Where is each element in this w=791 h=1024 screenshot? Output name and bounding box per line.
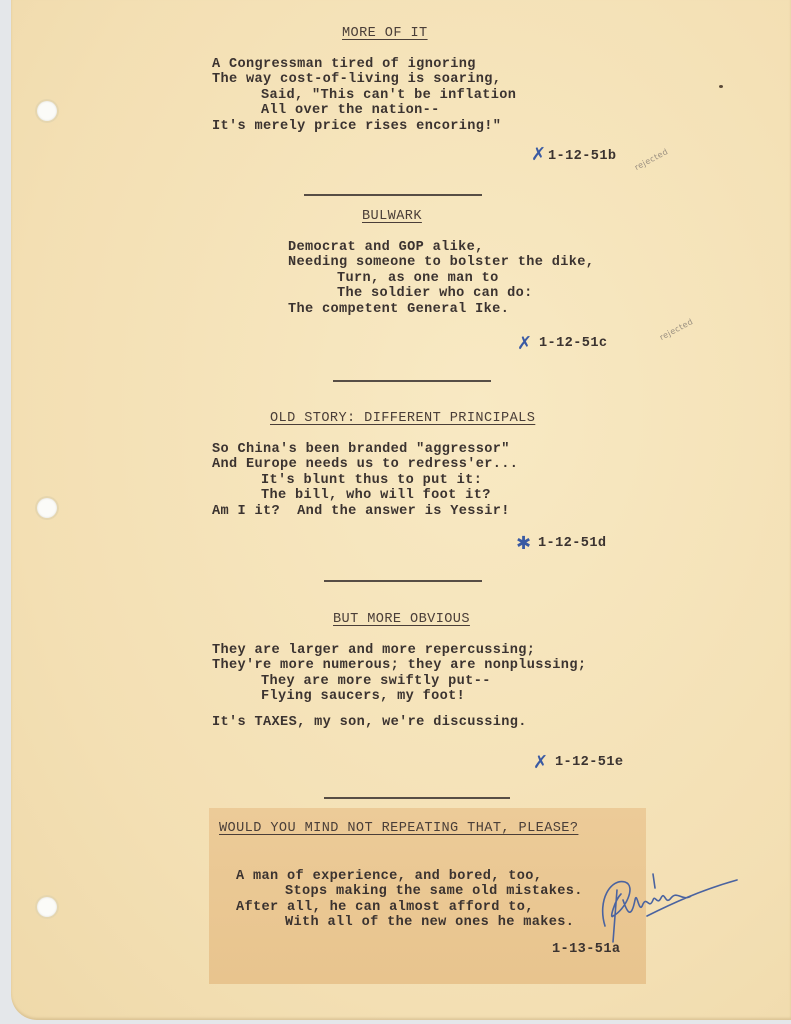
x-mark-icon: ✗ — [531, 144, 546, 165]
poem-body: They are larger and more repercussing; T… — [212, 643, 586, 730]
signature-icon — [591, 860, 751, 950]
poem-line: Needing someone to bolster the dike, — [288, 255, 594, 270]
poem-line: Stops making the same old mistakes. — [236, 884, 583, 899]
rejected-stamp: rejected — [658, 317, 695, 342]
poem-title: BULWARK — [362, 209, 422, 224]
divider — [324, 580, 482, 582]
poem-body: Democrat and GOP alike, Needing someone … — [288, 240, 594, 317]
poem-title: OLD STORY: DIFFERENT PRINCIPALS — [270, 411, 535, 426]
poem-line: A man of experience, and bored, too, — [236, 869, 583, 884]
clipping-body: A man of experience, and bored, too, Sto… — [236, 869, 583, 931]
paper-speck — [719, 85, 723, 88]
poem-line: Flying saucers, my foot! — [212, 689, 586, 704]
poem-line: It's TAXES, my son, we're discussing. — [212, 715, 586, 730]
poem-line: Said, "This can't be inflation — [212, 88, 516, 103]
poem-line: The soldier who can do: — [288, 286, 594, 301]
poem-line: A Congressman tired of ignoring — [212, 57, 516, 72]
punch-hole-bottom — [37, 897, 57, 917]
poem-title: BUT MORE OBVIOUS — [333, 612, 470, 627]
poem-line: They are more swiftly put-- — [212, 674, 586, 689]
poem-line: Turn, as one man to — [288, 271, 594, 286]
poem-body: So China's been branded "aggressor" And … — [212, 442, 518, 519]
poem-code: 1-12-51d — [538, 536, 606, 551]
poem-code: 1-12-51c — [539, 336, 607, 351]
punch-hole-middle — [37, 498, 57, 518]
poem-body: A Congressman tired of ignoring The way … — [212, 57, 516, 134]
poem-line: So China's been branded "aggressor" — [212, 442, 518, 457]
poem-line: The competent General Ike. — [288, 302, 594, 317]
poem-code: 1-12-51b — [548, 149, 616, 164]
poem-line: All over the nation-- — [212, 103, 516, 118]
pasted-clipping: WOULD YOU MIND NOT REPEATING THAT, PLEAS… — [209, 808, 646, 984]
divider — [324, 797, 510, 799]
poem-line: It's merely price rises encoring!" — [212, 119, 516, 134]
divider — [333, 380, 491, 382]
rejected-stamp: rejected — [633, 147, 670, 172]
poem-line: They are larger and more repercussing; — [212, 643, 586, 658]
poem-line: Am I it? And the answer is Yessir! — [212, 504, 518, 519]
asterisk-mark-icon: ✱ — [516, 533, 531, 554]
poem-line: They're more numerous; they are nonpluss… — [212, 658, 586, 673]
poem-code: 1-12-51e — [555, 755, 623, 770]
poem-line: After all, he can almost afford to, — [236, 900, 583, 915]
punch-hole-top — [37, 101, 57, 121]
poem-line: It's blunt thus to put it: — [212, 473, 518, 488]
document-page: MORE OF IT A Congressman tired of ignori… — [11, 0, 791, 1020]
poem-line: The way cost-of-living is soaring, — [212, 72, 516, 87]
poem-title: MORE OF IT — [342, 26, 428, 41]
poem-line: With all of the new ones he makes. — [236, 915, 583, 930]
poem-line: The bill, who will foot it? — [212, 488, 518, 503]
x-mark-icon: ✗ — [517, 333, 532, 354]
divider — [304, 194, 482, 196]
poem-line — [212, 705, 586, 715]
clipping-title: WOULD YOU MIND NOT REPEATING THAT, PLEAS… — [219, 821, 578, 836]
poem-line: Democrat and GOP alike, — [288, 240, 594, 255]
poem-line: And Europe needs us to redress'er... — [212, 457, 518, 472]
x-mark-icon: ✗ — [533, 752, 548, 773]
